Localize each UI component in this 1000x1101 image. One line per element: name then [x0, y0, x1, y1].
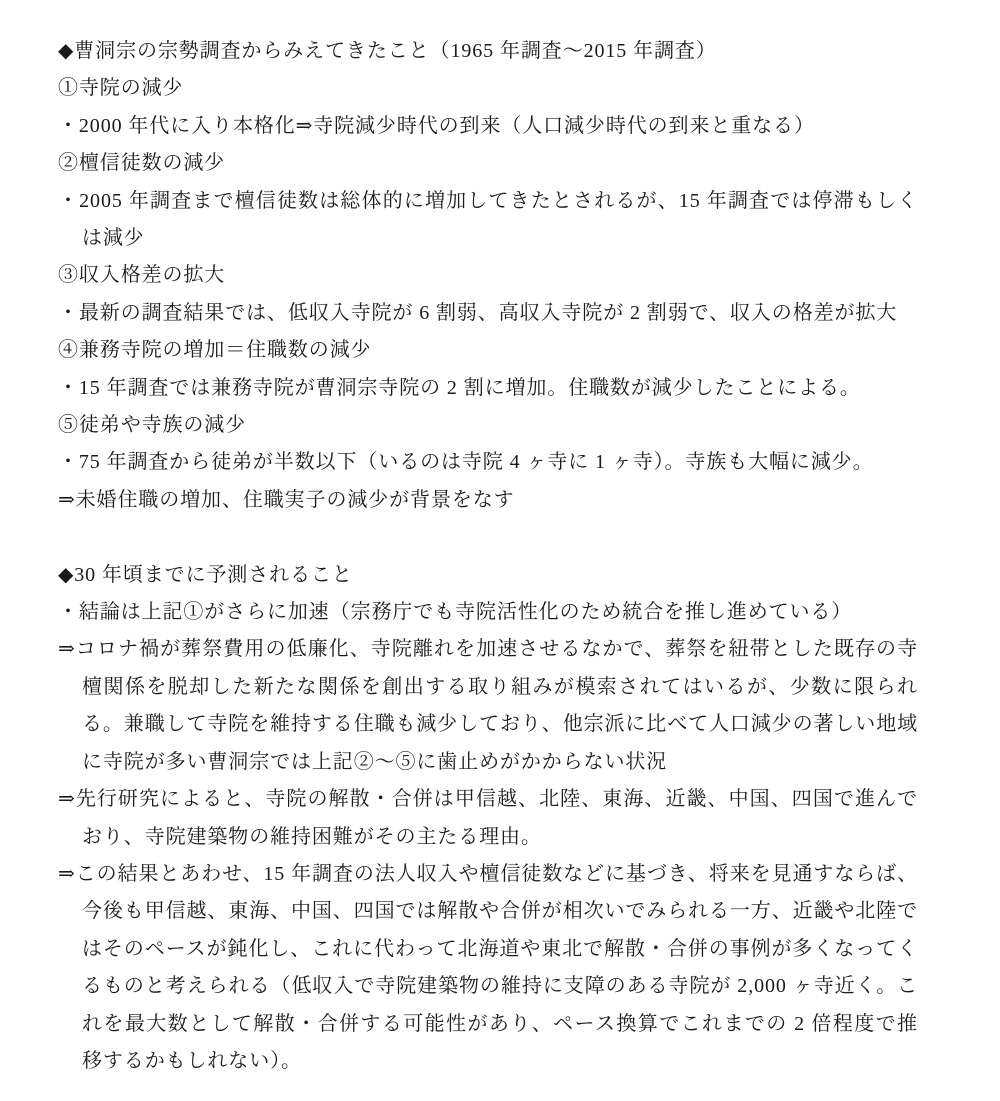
numbered-item-2-parishioner-decline: ②檀信徒数の減少 — [58, 145, 918, 182]
numbered-item-1-temple-decline: ①寺院の減少 — [58, 70, 918, 107]
section-heading-survey-findings: ◆曹洞宗の宗勢調査からみえてきたこと（1965 年調査～2015 年調査） — [58, 33, 918, 70]
document-page: ◆曹洞宗の宗勢調査からみえてきたこと（1965 年調査～2015 年調査） ①寺… — [0, 0, 1000, 1101]
bullet-item: ・75 年調査から徒弟が半数以下（いるのは寺院 4 ヶ寺に 1 ヶ寺）。寺族も大… — [58, 444, 918, 481]
section-heading-predictions: ◆30 年頃までに予測されること — [58, 557, 918, 594]
bullet-item: ・2005 年調査まで檀信徒数は総体的に増加してきたとされるが、15 年調査では… — [58, 183, 918, 258]
blank-line — [58, 519, 918, 556]
bullet-item: ・2000 年代に入り本格化⇒寺院減少時代の到来（人口減少時代の到来と重なる） — [58, 108, 918, 145]
bullet-item: ・15 年調査では兼務寺院が曹洞宗寺院の 2 割に増加。住職数が減少したことによ… — [58, 370, 918, 407]
numbered-item-3-income-gap: ③収入格差の拡大 — [58, 257, 918, 294]
numbered-item-5-disciple-decline: ⑤徒弟や寺族の減少 — [58, 407, 918, 444]
arrow-note: ⇒この結果とあわせ、15 年調査の法人収入や檀信徒数などに基づき、将来を見通すな… — [58, 856, 918, 1080]
bullet-item: ・最新の調査結果では、低収入寺院が 6 割弱、高収入寺院が 2 割弱で、収入の格… — [58, 295, 918, 332]
arrow-note: ⇒先行研究によると、寺院の解散・合併は甲信越、北陸、東海、近畿、中国、四国で進ん… — [58, 781, 918, 856]
arrow-note: ⇒未婚住職の増加、住職実子の減少が背景をなす — [58, 482, 918, 519]
bullet-item: ・結論は上記①がさらに加速（宗務庁でも寺院活性化のため統合を推し進めている） — [58, 594, 918, 631]
text-block: ◆曹洞宗の宗勢調査からみえてきたこと（1965 年調査～2015 年調査） ①寺… — [58, 33, 918, 1080]
arrow-note: ⇒コロナ禍が葬祭費用の低廉化、寺院離れを加速させるなかで、葬祭を紐帯とした既存の… — [58, 631, 918, 781]
numbered-item-4-concurrent-temples: ④兼務寺院の増加＝住職数の減少 — [58, 332, 918, 369]
